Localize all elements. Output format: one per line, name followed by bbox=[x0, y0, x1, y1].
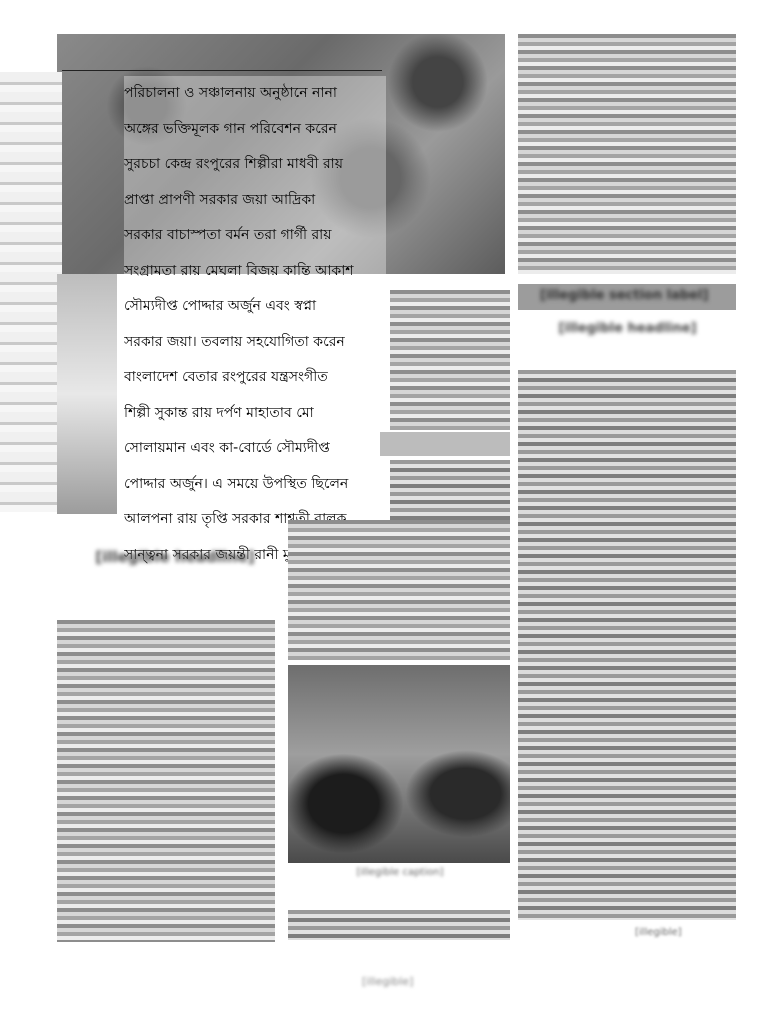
paragraph-line: সরকার বাচাস্পতা বর্মন তরা গার্গী রায় bbox=[124, 218, 386, 254]
bottom-photo bbox=[288, 665, 510, 863]
paragraph-line: পোদ্দার অর্জুন। এ সময়ে উপস্থিত ছিলেন bbox=[124, 467, 386, 503]
overlay-paragraph: পরিচালনা ও সঞ্চালনায় অনুষ্ঠানে নানা অঙ্… bbox=[124, 76, 386, 573]
paragraph-line: শিল্পী সুকান্ত রায় দর্পণ মাহাতাব মো bbox=[124, 396, 386, 432]
right-column-body bbox=[518, 370, 736, 920]
paragraph-line: সোলায়মান এবং কা-বোর্ডে সৌম্যদীপ্ত bbox=[124, 431, 386, 467]
paragraph-line: প্রাপ্তা প্রাপণী সরকার জয়া আদ্রিকা bbox=[124, 183, 386, 219]
middle-column-text bbox=[288, 520, 510, 660]
decorative-strip bbox=[0, 72, 62, 512]
paragraph-line: সরকার জয়া। তবলায় সহযোগিতা করেন bbox=[124, 325, 386, 361]
middle-column-text-bottom bbox=[288, 910, 510, 940]
left-headline: [illegible headline] bbox=[85, 545, 265, 569]
page-number: [illegible] bbox=[362, 975, 413, 988]
right-column-text-top bbox=[518, 34, 736, 274]
photo-caption: [illegible caption] bbox=[300, 866, 500, 879]
paragraph-line: অঙ্গের ভক্তিমূলক গান পরিবেশন করেন bbox=[124, 112, 386, 148]
gray-bar bbox=[380, 432, 510, 456]
middle-column-text-upper bbox=[390, 290, 510, 430]
paragraph-line: বাংলাদেশ বেতার রংপুরের যন্ত্রসংগীত bbox=[124, 360, 386, 396]
divider bbox=[62, 70, 382, 71]
photo-decoration bbox=[57, 274, 117, 514]
paragraph-line: পরিচালনা ও সঞ্চালনায় অনুষ্ঠানে নানা bbox=[124, 76, 386, 112]
paragraph-line: সুরচচা কেন্দ্র রংপুরের শিল্পীরা মাধবী রা… bbox=[124, 147, 386, 183]
left-article-body bbox=[57, 620, 275, 942]
byline: [illegible] bbox=[635, 927, 682, 938]
paragraph-line: সৌম্যদীপ্ত পোদ্দার অর্জুন এবং স্বপ্না bbox=[124, 289, 386, 325]
right-headline: [illegible headline] bbox=[525, 318, 730, 340]
section-label: [illegible section label] bbox=[540, 288, 708, 303]
paragraph-line: সংগ্রামতা রায় মেঘলা বিজয় কান্তি আকাশ bbox=[124, 254, 386, 290]
middle-column-text-mid bbox=[390, 460, 510, 520]
